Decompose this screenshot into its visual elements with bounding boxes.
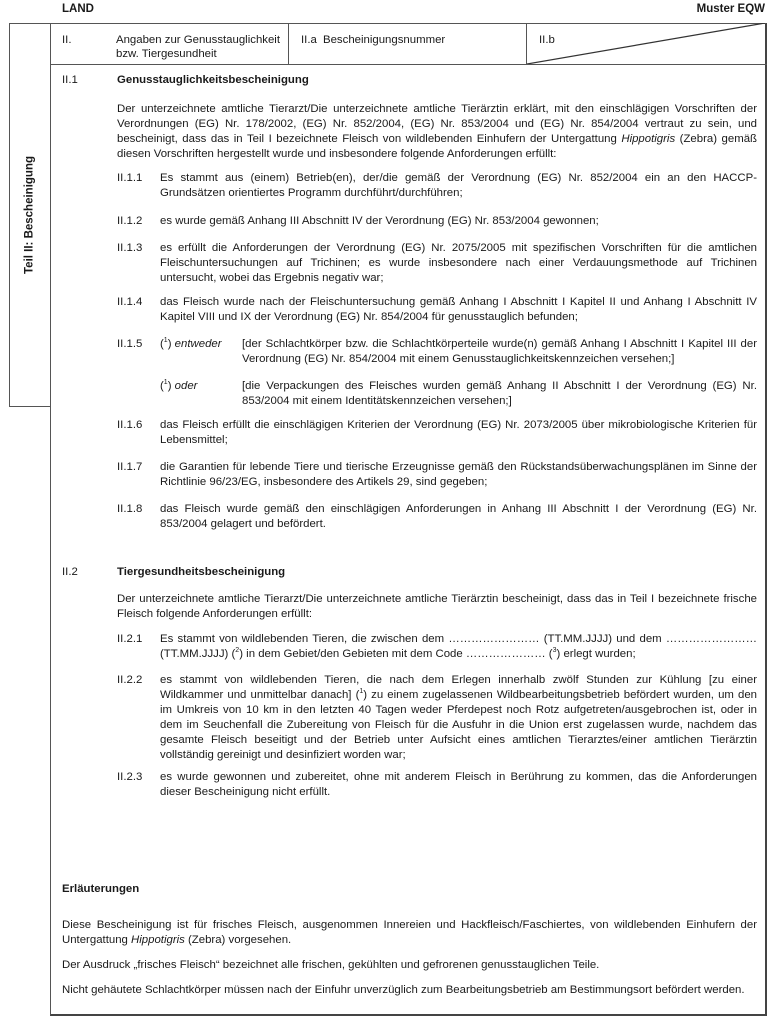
part-label: Teil II: Bescheinigung: [23, 156, 38, 274]
option-oder: (1) oder: [160, 379, 197, 394]
section-1-intro: Der unterzeichnete amtliche Tierarzt/Die…: [117, 102, 757, 162]
option-entweder: (1) entweder: [160, 337, 222, 352]
note-3: Nicht gehäutete Schlachtkörper müssen na…: [62, 983, 757, 998]
certificate-number-label: Bescheinigungsnummer: [323, 33, 493, 47]
area-code-field[interactable]: …………………: [466, 648, 546, 660]
note-1: Diese Bescheinigung ist für frisches Fle…: [62, 918, 757, 948]
note-2: Der Ausdruck „frisches Fleisch“ bezeichn…: [62, 958, 757, 973]
section-2-intro: Der unterzeichnete amtliche Tierarzt/Die…: [117, 592, 757, 622]
field-iib-cell: II.b: [527, 23, 765, 64]
header-row: II. Angaben zur Genusstauglichkeit bzw. …: [50, 23, 767, 65]
country-label: LAND: [62, 2, 94, 17]
date-from-field[interactable]: ……………………: [448, 633, 539, 645]
notes-title: Erläuterungen: [62, 882, 139, 897]
section-1-title: Genusstauglichkeitsbescheinigung: [117, 73, 309, 88]
section-number: II.: [62, 33, 72, 48]
date-to-field[interactable]: ……………………: [666, 633, 757, 645]
section-2-number: II.2: [62, 565, 78, 580]
model-label: Muster EQW: [697, 2, 765, 17]
section-cell: II. Angaben zur Genusstauglichkeit bzw. …: [50, 23, 289, 64]
field-iib-ref: II.b: [539, 33, 555, 48]
certificate-number-ref: II.a: [301, 33, 317, 48]
certificate-number-cell[interactable]: II.a Bescheinigungsnummer: [289, 23, 527, 64]
strike-diagonal: [527, 23, 765, 64]
section-2-title: Tiergesundheitsbescheinigung: [117, 565, 285, 580]
section-1-number: II.1: [62, 73, 78, 88]
section-title: Angaben zur Genusstauglichkeit bzw. Tier…: [116, 33, 286, 61]
